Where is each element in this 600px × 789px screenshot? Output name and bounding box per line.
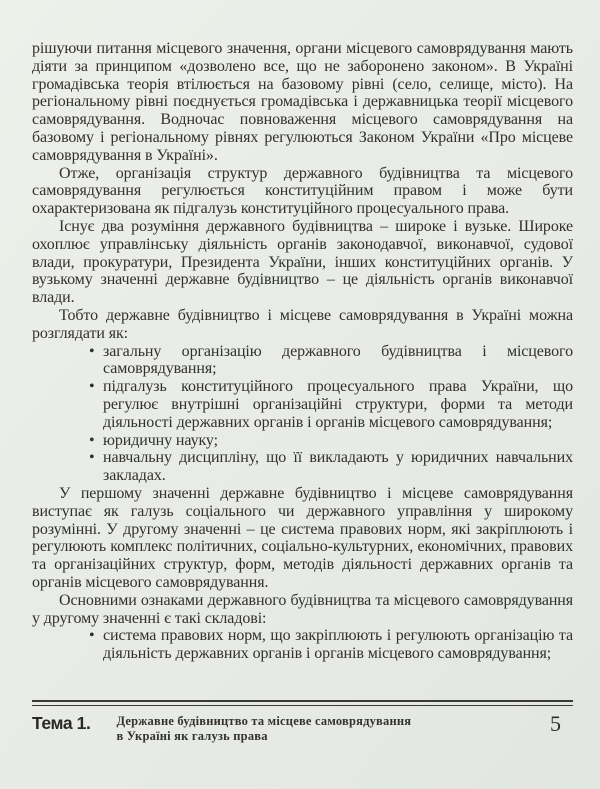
paragraph-continuation: рішуючи питання місцевого значення, орга… bbox=[32, 40, 573, 165]
paragraph: У першому значенні державне будівництво … bbox=[32, 485, 573, 592]
paragraph-list-lead: Основними ознаками державного будівництв… bbox=[32, 592, 573, 628]
footer-row: Тема 1. Державне будівництво та місцеве … bbox=[32, 713, 573, 744]
list-item: юридичну науку; bbox=[103, 432, 573, 450]
list-item: підгалузь конституційного процесуального… bbox=[103, 378, 573, 431]
running-title: Державне будівництво та місцеве самовряд… bbox=[116, 713, 550, 744]
topic-label: Тема 1. bbox=[32, 713, 90, 734]
paragraph: Отже, організація структур державного бу… bbox=[32, 165, 573, 218]
list-item: навчальну дисципліну, що її викладають у… bbox=[103, 449, 573, 485]
page-footer: Тема 1. Державне будівництво та місцеве … bbox=[32, 700, 573, 744]
page-body-text: рішуючи питання місцевого значення, орга… bbox=[32, 40, 573, 663]
list-item: система правових норм, що закріплюють і … bbox=[103, 627, 573, 663]
scanned-book-page: рішуючи питання місцевого значення, орга… bbox=[0, 0, 600, 789]
bullet-list: система правових норм, що закріплюють і … bbox=[32, 627, 573, 663]
footer-double-rule bbox=[32, 700, 573, 706]
bullet-list: загальну організацію державного будівниц… bbox=[32, 343, 573, 485]
paragraph-list-lead: Тобто державне будівництво і місцеве сам… bbox=[32, 307, 573, 343]
running-title-line2: в Україні як галузь права bbox=[116, 729, 550, 744]
running-title-line1: Державне будівництво та місцеве самовряд… bbox=[116, 714, 550, 729]
list-item: загальну організацію державного будівниц… bbox=[103, 343, 573, 379]
page-number: 5 bbox=[550, 711, 561, 737]
paragraph: Існує два розуміння державного будівницт… bbox=[32, 218, 573, 307]
